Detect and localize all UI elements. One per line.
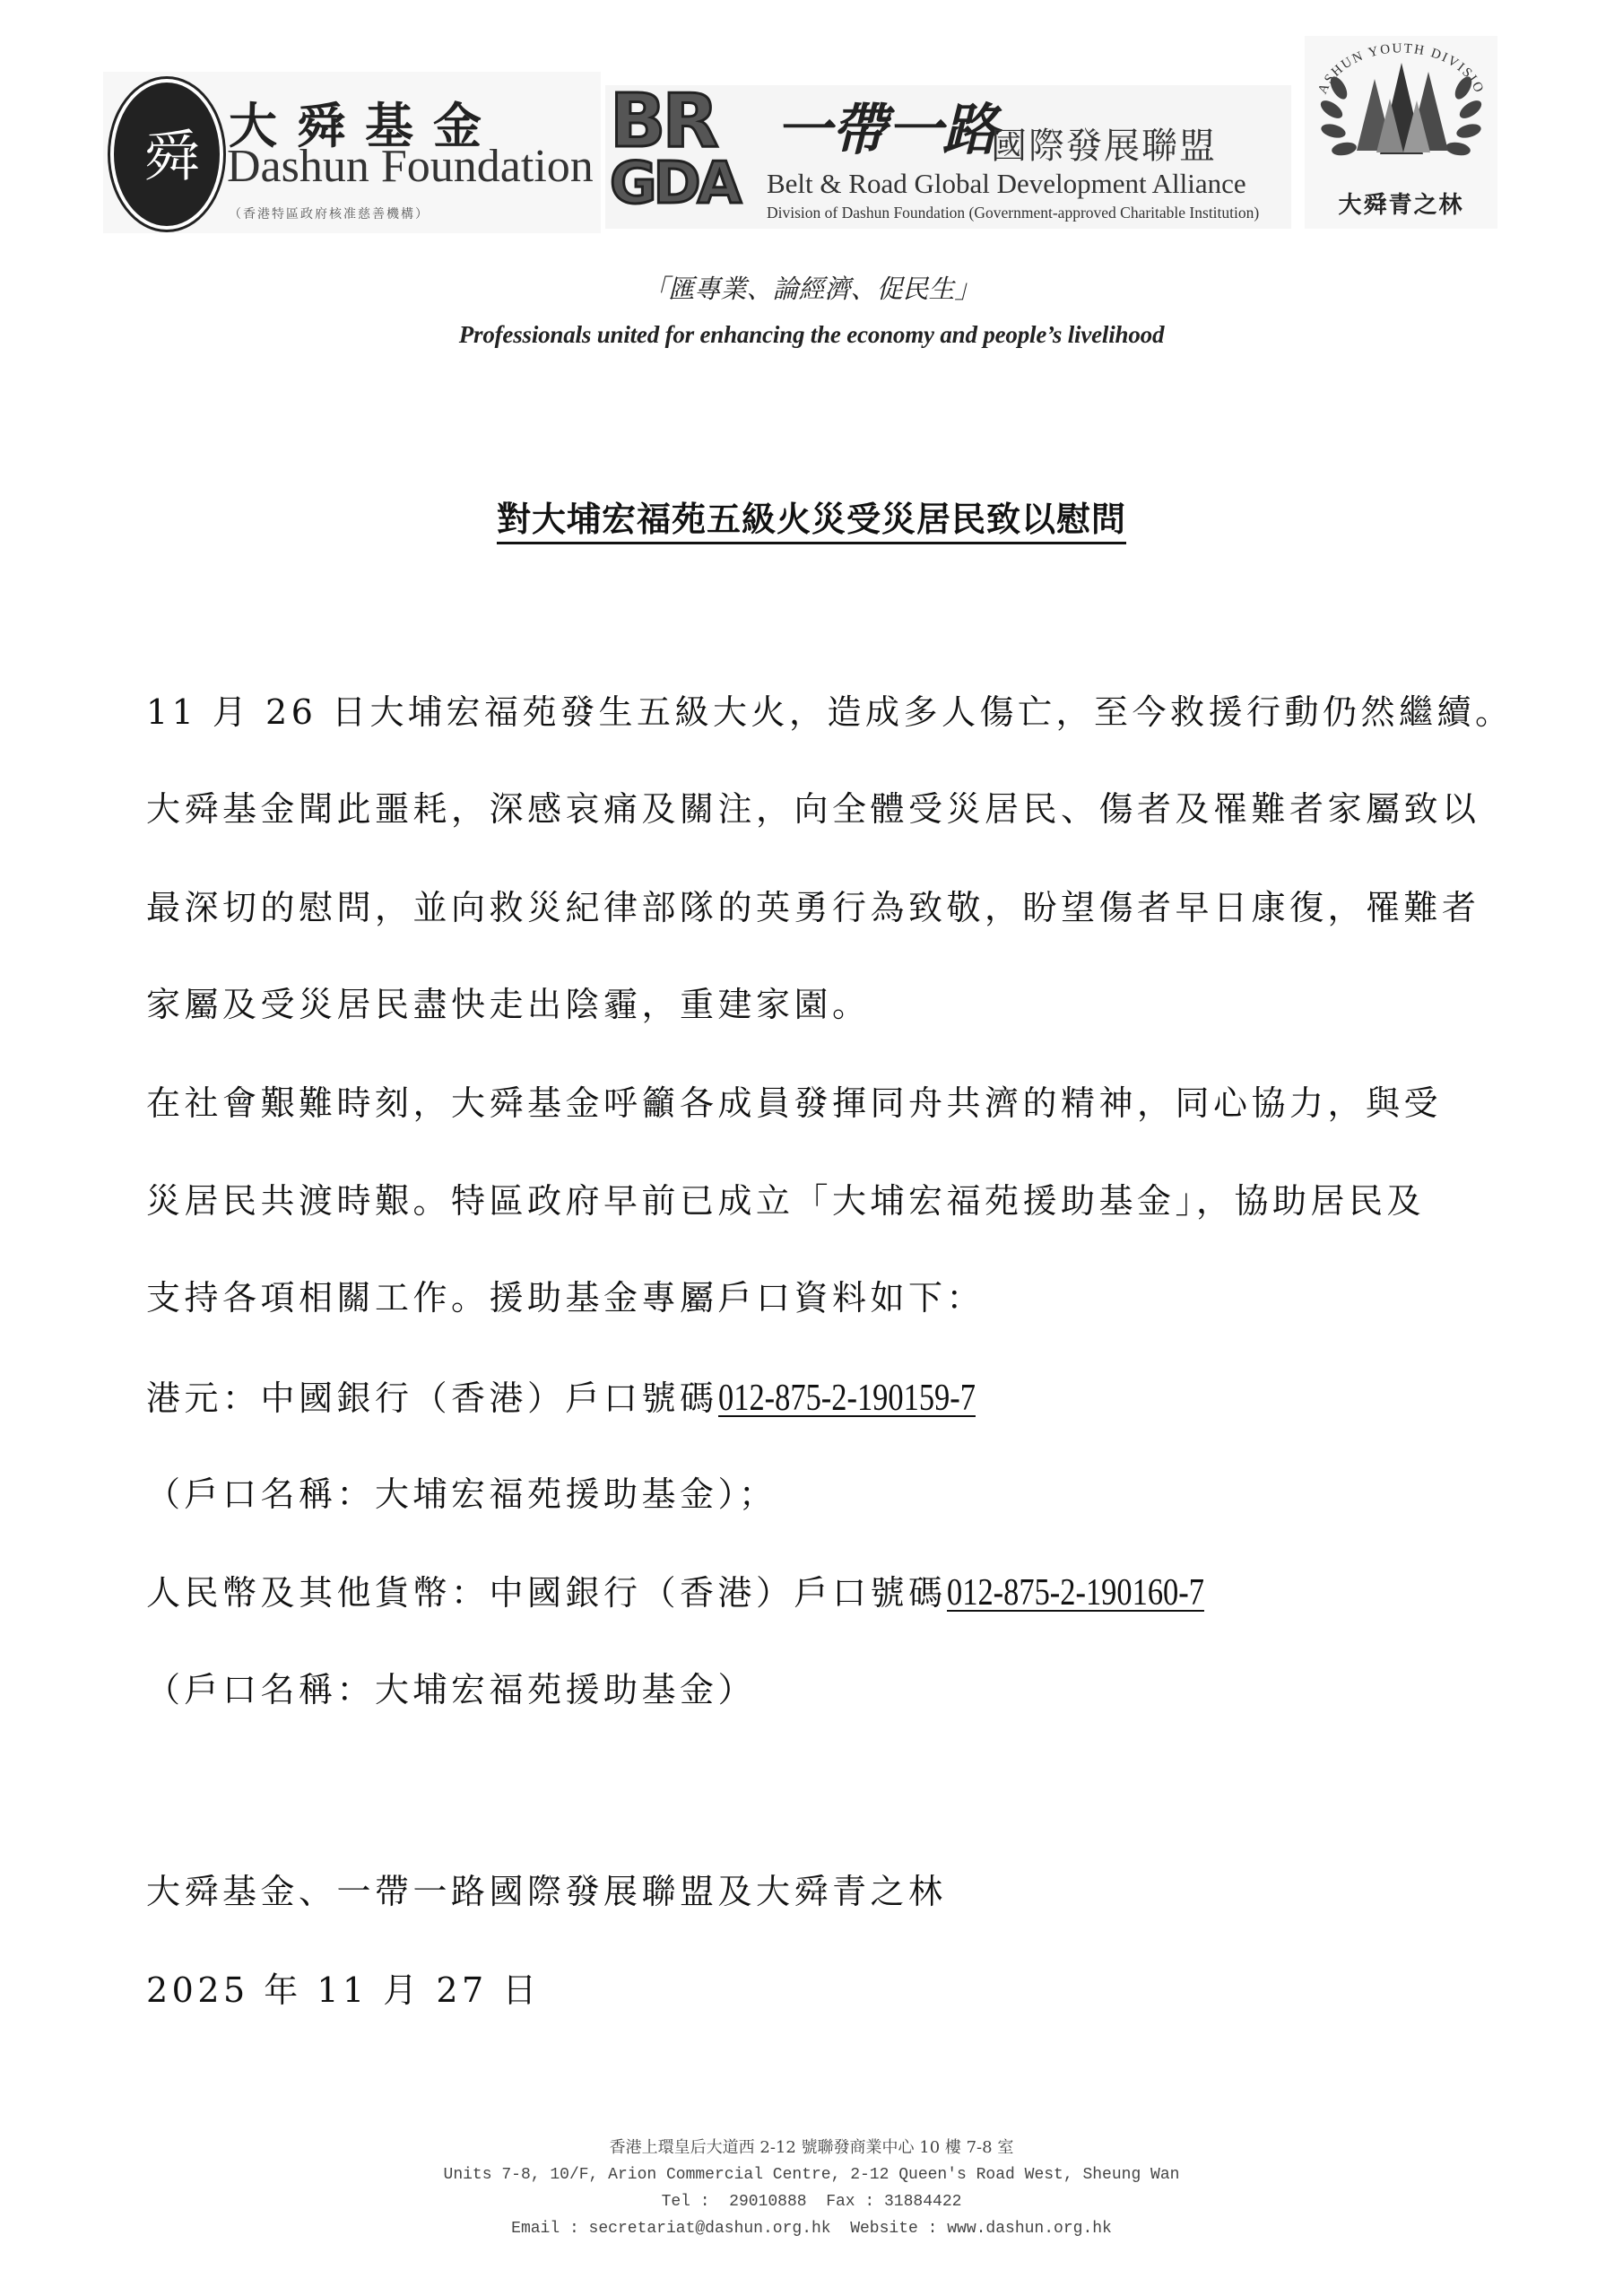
body-line: 最深切的慰問，並向救災紀律部隊的英勇行為致敬，盼望傷者早日康復，罹難者 (146, 891, 1480, 925)
brgda-logo: BR GDA 一帶一路 國際發展聯盟 Belt & Road Global De… (605, 85, 1291, 229)
hkd-account-number: 012-875-2-190159-7 (718, 1379, 976, 1417)
document-title: 對大埔宏福苑五級火災受災居民致以慰問 (0, 499, 1623, 544)
seal-emblem-icon: 舜 (110, 79, 223, 230)
brgda-mark-icon: BR GDA (610, 87, 762, 222)
footer-address-en: Units 7-8, 10/F, Arion Commercial Centre… (0, 2161, 1623, 2188)
signature: 大舜基金、一帶一路國際發展聯盟及大舜青之林 (146, 1874, 947, 1909)
hkd-account-line: 港元：中國銀行（香港）戶口號碼012-875-2-190159-7 (146, 1379, 1031, 1417)
footer-contact: 香港上環皇后大道西 2-12 號聯發商業中心 10 樓 7-8 室 Units … (0, 2135, 1623, 2242)
youth-name-cn: 大舜青之林 (1305, 187, 1497, 220)
body-line: 大舜基金聞此噩耗，深感哀痛及關注，向全體受災居民、傷者及罹難者家屬致以 (146, 792, 1480, 826)
rmb-account-name: （戶口名稱：大埔宏福苑援助基金） (146, 1673, 756, 1707)
brgda-name-cn: 國際發展聯盟 (991, 117, 1217, 169)
brgda-division-text: Division of Dashun Foundation (Governmen… (767, 204, 1259, 222)
brgda-name-cn-calligraphy: 一帶一路 (776, 85, 998, 165)
laurel-trees-emblem-icon: DASHUN YOUTH DIVISION (1305, 36, 1497, 161)
slogan-en: Professionals united for enhancing the e… (0, 321, 1623, 349)
youth-division-logo: DASHUN YOUTH DIVISION 大舜青之林 (1305, 36, 1497, 229)
footer-tel-fax: Tel : 29010888 Fax : 31884422 (0, 2188, 1623, 2215)
letter-date: 2025 年 11 月 27 日 (146, 1973, 541, 2007)
brgda-name-en: Belt & Road Global Development Alliance (767, 168, 1246, 200)
rmb-account-line: 人民幣及其他貨幣：中國銀行（香港）戶口號碼012-875-2-190160-7 (146, 1574, 1260, 1612)
footer-email-website: Email : secretariat@dashun.org.hk Websit… (0, 2215, 1623, 2242)
body-line: 11 月 26 日大埔宏福苑發生五級大火，造成多人傷亡，至今救援行動仍然繼續。 (146, 695, 1513, 729)
body-line: 在社會艱難時刻，大舜基金呼籲各成員發揮同舟共濟的精神，同心協力，與受 (146, 1086, 1442, 1120)
dashun-foundation-logo: 舜 大舜基金 Dashun Foundation （香港特區政府核准慈善機構） (103, 72, 601, 233)
title-text: 對大埔宏福苑五級火災受災居民致以慰問 (497, 499, 1126, 544)
rmb-account-label: 人民幣及其他貨幣：中國銀行（香港）戶口號碼 (146, 1573, 947, 1613)
body-line: 災居民共渡時艱。特區政府早前已成立「大埔宏福苑援助基金」，協助居民及 (146, 1184, 1425, 1218)
rmb-account-number: 012-875-2-190160-7 (947, 1574, 1204, 1612)
body-line: 支持各項相關工作。援助基金專屬戶口資料如下： (146, 1281, 985, 1315)
slogan-cn: 「匯專業、論經濟、促民生」 (0, 269, 1623, 306)
dashun-subtitle: （香港特區政府核准慈善機構） (229, 204, 430, 222)
hkd-account-label: 港元：中國銀行（香港）戶口號碼 (146, 1378, 718, 1418)
dashun-name-en: Dashun Foundation (227, 140, 594, 193)
body-line: 家屬及受災居民盡快走出陰霾，重建家園。 (146, 987, 871, 1022)
footer-address-cn: 香港上環皇后大道西 2-12 號聯發商業中心 10 樓 7-8 室 (0, 2135, 1623, 2161)
hkd-account-name: （戶口名稱：大埔宏福苑援助基金）； (146, 1477, 777, 1511)
